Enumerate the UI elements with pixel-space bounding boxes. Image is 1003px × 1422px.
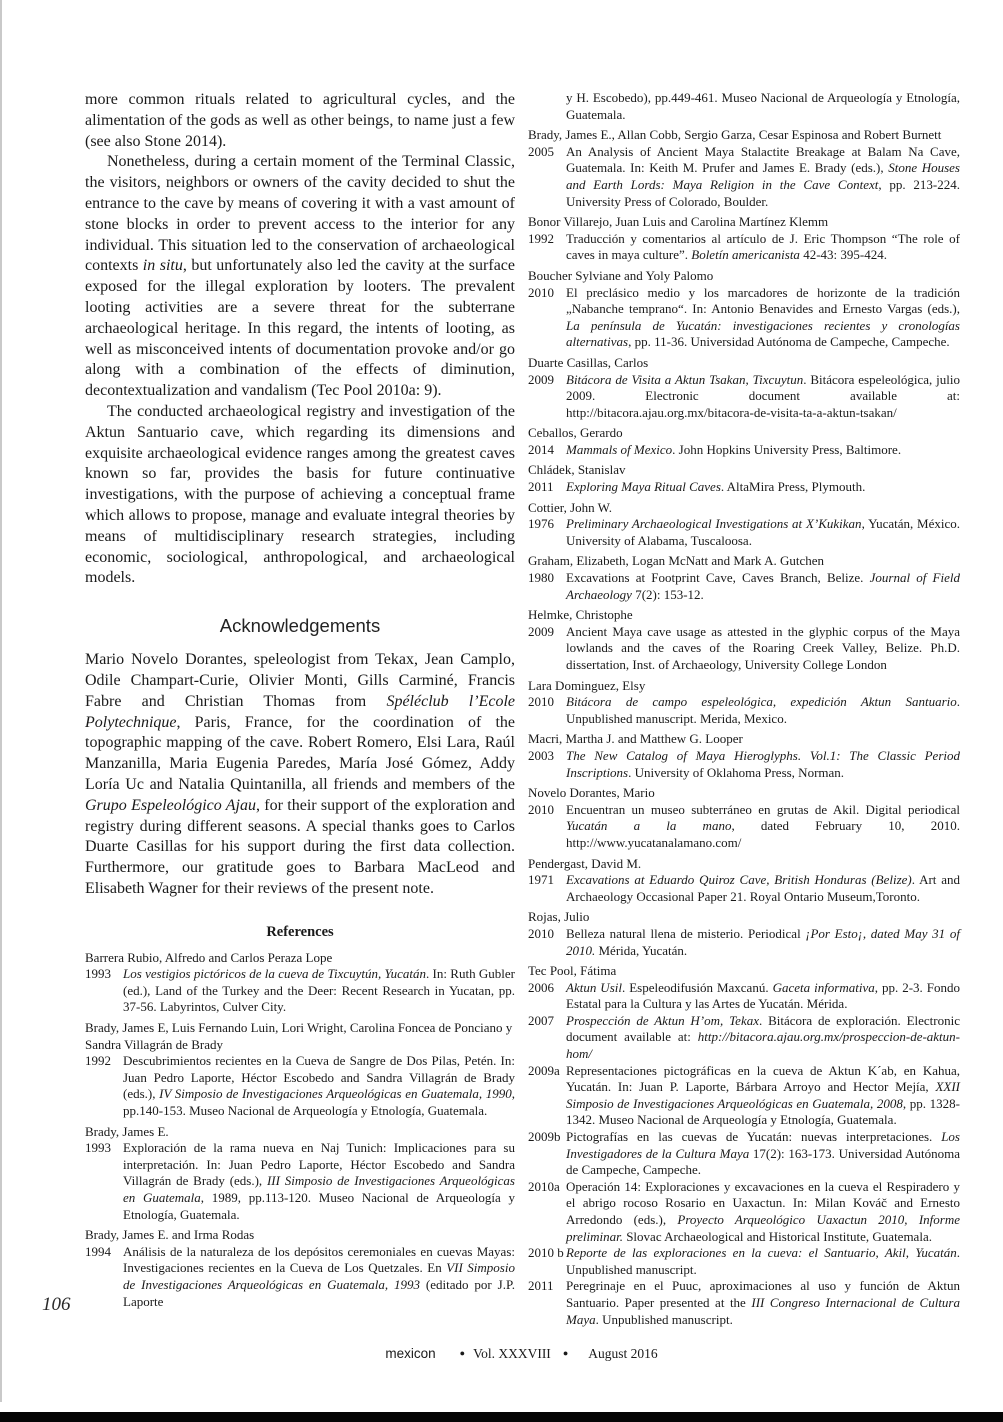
reference-entry: Ceballos, Gerardo2014Mammals of Mexico. … — [528, 425, 960, 458]
reference-author: Lara Dominguez, Elsy — [528, 678, 960, 695]
reference-author: Ceballos, Gerardo — [528, 425, 960, 442]
italic-text: Yucatán a la mano — [566, 818, 731, 833]
references-list-right: y H. Escobedo), pp.449-461. Museo Nacion… — [528, 90, 960, 1328]
reference-author: Cottier, John W. — [528, 500, 960, 517]
reference-author: Barrera Rubio, Alfredo and Carlos Peraza… — [85, 950, 515, 967]
paragraph: more common rituals related to agricultu… — [85, 90, 515, 152]
reference-year-label: 2010a — [528, 1179, 560, 1196]
reference-year-label: 1980 — [528, 570, 554, 587]
text-run: . John Hopkins University Press, Baltimo… — [672, 442, 901, 457]
reference-author: Brady, James E, Luis Fernando Luin, Lori… — [85, 1020, 515, 1053]
reference-year-label: 2011 — [528, 479, 554, 496]
reference-item: 2010aOperación 14: Exploraciones y excav… — [528, 1179, 960, 1245]
text-run: . AltaMira Press, Plymouth. — [721, 479, 865, 494]
text-run: Mérida, Yucatán. — [595, 943, 687, 958]
reference-text: Prospección de Aktun H’om, Tekax. Bitáco… — [566, 1013, 960, 1061]
reference-text: Bitácora de campo espeleológica, expedic… — [566, 694, 960, 726]
reference-item: 2011Peregrinaje en el Puuc, aproximacion… — [528, 1278, 960, 1328]
reference-author: Chládek, Stanislav — [528, 462, 960, 479]
reference-item: 2011Exploring Maya Ritual Caves. AltaMir… — [528, 479, 960, 496]
italic-text: Prospección de Aktun H’om, Tekax — [566, 1013, 759, 1028]
reference-item: 1976Preliminary Archaeological Investiga… — [528, 516, 960, 549]
reference-item: 2010Bitácora de campo espeleológica, exp… — [528, 694, 960, 727]
reference-text: Excavations at Footprint Cave, Caves Bra… — [566, 570, 960, 602]
italic-text: IV Simposio de Investigaciones Arqueológ… — [159, 1086, 512, 1101]
reference-entry: Tec Pool, Fátima2006Aktun Usil. Espeleod… — [528, 963, 960, 1328]
reference-text: Los vestigios pictóricos de la cueva de … — [123, 966, 515, 1014]
text-run: The conducted archaeological registry an… — [85, 403, 515, 586]
page-footer: mexicon●Vol. XXXVIII●August 2016 — [0, 1346, 1003, 1362]
reference-entry: Rojas, Julio2010Belleza natural llena de… — [528, 909, 960, 959]
italic-text: Preliminary Archaeological Investigation… — [566, 516, 862, 531]
reference-entry: Brady, James E., Allan Cobb, Sergio Garz… — [528, 127, 960, 210]
reference-item: 2009Bitácora de Visita a Aktun Tsakan, T… — [528, 372, 960, 422]
reference-year-label: 2005 — [528, 144, 554, 161]
reference-author: Boucher Sylviane and Yoly Palomo — [528, 268, 960, 285]
reference-year-label: 1976 — [528, 516, 554, 533]
reference-entry: Novelo Dorantes, Mario2010Encuentran un … — [528, 785, 960, 851]
reference-entry: y H. Escobedo), pp.449-461. Museo Nacion… — [528, 90, 960, 123]
journal-name: mexicon — [385, 1346, 435, 1361]
body-paragraphs: more common rituals related to agricultu… — [85, 90, 515, 589]
journal-page: more common rituals related to agricultu… — [0, 0, 1003, 1422]
text-run: more common rituals related to agricultu… — [85, 91, 515, 150]
text-run: Slovac Archaeological and Historical Ins… — [623, 1229, 932, 1244]
reference-item: 2009aRepresentaciones pictográficas en l… — [528, 1063, 960, 1129]
reference-text: Operación 14: Exploraciones y excavacion… — [566, 1179, 960, 1244]
issue-date: August 2016 — [588, 1346, 657, 1361]
italic-text: Reporte de las exploraciones en la cueva… — [566, 1245, 957, 1260]
reference-entry: Helmke, Christophe2009Ancient Maya cave … — [528, 607, 960, 673]
acknowledgements-paragraph: Mario Novelo Dorantes, speleologist from… — [85, 650, 515, 900]
reference-item: 1992Descubrimientos recientes en la Cuev… — [85, 1053, 515, 1119]
reference-year-label: 2007 — [528, 1013, 554, 1030]
volume-label: Vol. XXXVIII — [473, 1346, 551, 1361]
reference-entry: Lara Dominguez, Elsy2010Bitácora de camp… — [528, 678, 960, 728]
italic-text: Boletín americanista — [691, 247, 800, 262]
text-run: Excavations at Footprint Cave, Caves Bra… — [566, 570, 870, 585]
reference-text: y H. Escobedo), pp.449-461. Museo Nacion… — [566, 90, 960, 122]
footer-bullet-icon: ● — [563, 1348, 568, 1358]
reference-text: Encuentran un museo subterráneo en gruta… — [566, 802, 960, 850]
italic-text: Excavations at Eduardo Quiroz Cave, Brit… — [566, 872, 912, 887]
reference-year-label: 2014 — [528, 442, 554, 459]
reference-text: Análisis de la naturaleza de los depósit… — [123, 1244, 515, 1309]
reference-text: Belleza natural llena de misterio. Perio… — [566, 926, 960, 958]
text-run: , but unfortunately also led the cavity … — [85, 257, 515, 399]
reference-author: Brady, James E. and Irma Rodas — [85, 1227, 515, 1244]
reference-entry: Barrera Rubio, Alfredo and Carlos Peraza… — [85, 950, 515, 1016]
text-run: . University of Oklahoma Press, Norman. — [628, 765, 844, 780]
reference-item: 2009bPictografías en las cuevas de Yucat… — [528, 1129, 960, 1179]
text-run: El preclásico medio y los marcadores de … — [566, 285, 960, 317]
reference-item: 2010Encuentran un museo subterráneo en g… — [528, 802, 960, 852]
reference-text: The New Catalog of Maya Hieroglyphs. Vol… — [566, 748, 960, 780]
reference-text: Descubrimientos recientes en la Cueva de… — [123, 1053, 515, 1118]
reference-item: y H. Escobedo), pp.449-461. Museo Nacion… — [528, 90, 960, 123]
text-run: . Unpublished manuscript. — [596, 1312, 733, 1327]
reference-item: 2010El preclásico medio y los marcadores… — [528, 285, 960, 351]
paragraph: The conducted archaeological registry an… — [85, 402, 515, 589]
italic-text: Aktun Usil — [566, 980, 622, 995]
reference-year-label: 1994 — [85, 1244, 111, 1261]
reference-year-label: 1993 — [85, 966, 111, 983]
footer-bullet-icon: ● — [460, 1348, 465, 1358]
reference-entry: Brady, James E, Luis Fernando Luin, Lori… — [85, 1020, 515, 1120]
reference-item: 2009Ancient Maya cave usage as attested … — [528, 624, 960, 674]
reference-entry: Chládek, Stanislav2011Exploring Maya Rit… — [528, 462, 960, 495]
reference-author: Pendergast, David M. — [528, 856, 960, 873]
reference-text: An Analysis of Ancient Maya Stalactite B… — [566, 144, 960, 209]
references-heading: References — [85, 924, 515, 941]
reference-text: Pictografías en las cuevas de Yucatán: n… — [566, 1129, 960, 1177]
reference-text: Aktun Usil. Espeleodifusión Maxcanú. Gac… — [566, 980, 960, 1012]
reference-text: Preliminary Archaeological Investigation… — [566, 516, 960, 548]
italic-text: Bitácora de Visita a Aktun Tsakan, Tixcu… — [566, 372, 803, 387]
italic-text: Mammals of Mexico — [566, 442, 672, 457]
text-run: Ancient Maya cave usage as attested in t… — [566, 624, 960, 672]
right-column: y H. Escobedo), pp.449-461. Museo Nacion… — [528, 90, 960, 1332]
reference-item: 1993Los vestigios pictóricos de la cueva… — [85, 966, 515, 1016]
reference-text: El preclásico medio y los marcadores de … — [566, 285, 960, 350]
reference-year-label: 2010 b — [528, 1245, 564, 1262]
text-run: Encuentran un museo subterráneo en gruta… — [566, 802, 960, 817]
reference-author: Duarte Casillas, Carlos — [528, 355, 960, 372]
reference-year-label: 2010 — [528, 285, 554, 302]
acknowledgements-heading: Acknowledgements — [85, 615, 515, 637]
text-run: Representaciones pictográficas en la cue… — [566, 1063, 960, 1095]
reference-year-label: 2010 — [528, 802, 554, 819]
reference-year-label: 2011 — [528, 1278, 554, 1295]
reference-item: 1994Análisis de la naturaleza de los dep… — [85, 1244, 515, 1310]
reference-author: Tec Pool, Fátima — [528, 963, 960, 980]
reference-year-label: 1993 — [85, 1140, 111, 1157]
reference-author: Novelo Dorantes, Mario — [528, 785, 960, 802]
text-run: , pp. 11-36. Universidad Autónoma de Cam… — [628, 334, 950, 349]
paragraph: Nonetheless, during a certain moment of … — [85, 152, 515, 402]
text-run: 42-43: 395-424. — [800, 247, 887, 262]
italic-text: Grupo Espeleológico Ajau — [85, 797, 256, 814]
page-number: 106 — [42, 1294, 71, 1316]
text-run: y H. Escobedo), pp.449-461. Museo Nacion… — [566, 90, 960, 122]
text-run: Pictografías en las cuevas de Yucatán: n… — [566, 1129, 941, 1144]
text-run: Belleza natural llena de misterio. Perio… — [566, 926, 805, 941]
reference-author: Brady, James E., Allan Cobb, Sergio Garz… — [528, 127, 960, 144]
reference-entry: Brady, James E. and Irma Rodas1994Anális… — [85, 1227, 515, 1310]
reference-item: 1971Excavations at Eduardo Quiroz Cave, … — [528, 872, 960, 905]
reference-item: 1992Traducción y comentarios al artículo… — [528, 231, 960, 264]
reference-text: Exploring Maya Ritual Caves. AltaMira Pr… — [566, 479, 865, 494]
text-run: . Espeleodifusión Maxcanú. — [622, 980, 773, 995]
reference-item: 1980Excavations at Footprint Cave, Caves… — [528, 570, 960, 603]
reference-year-label: 2010 — [528, 926, 554, 943]
reference-author: Helmke, Christophe — [528, 607, 960, 624]
reference-entry: Boucher Sylviane and Yoly Palomo2010El p… — [528, 268, 960, 351]
reference-entry: Bonor Villarejo, Juan Luis and Carolina … — [528, 214, 960, 264]
reference-year-label: 2006 — [528, 980, 554, 997]
reference-entry: Pendergast, David M.1971Excavations at E… — [528, 856, 960, 906]
reference-entry: Macri, Martha J. and Matthew G. Looper20… — [528, 731, 960, 781]
reference-year-label: 1971 — [528, 872, 554, 889]
italic-text: Exploring Maya Ritual Caves — [566, 479, 721, 494]
reference-item: 2003The New Catalog of Maya Hieroglyphs.… — [528, 748, 960, 781]
reference-year-label: 2010 — [528, 694, 554, 711]
bottom-edge-bar — [0, 1412, 1003, 1422]
reference-item: 2010 bReporte de las exploraciones en la… — [528, 1245, 960, 1278]
reference-text: Mammals of Mexico. John Hopkins Universi… — [566, 442, 901, 457]
reference-text: Traducción y comentarios al artículo de … — [566, 231, 960, 263]
reference-text: Exploración de la rama nueva en Naj Tuni… — [123, 1140, 515, 1221]
reference-author: Bonor Villarejo, Juan Luis and Carolina … — [528, 214, 960, 231]
reference-year-label: 1992 — [85, 1053, 111, 1070]
reference-text: Ancient Maya cave usage as attested in t… — [566, 624, 960, 672]
reference-entry: Graham, Elizabeth, Logan McNatt and Mark… — [528, 553, 960, 603]
reference-year-label: 1992 — [528, 231, 554, 248]
reference-entry: Cottier, John W.1976Preliminary Archaeol… — [528, 500, 960, 550]
reference-author: Graham, Elizabeth, Logan McNatt and Mark… — [528, 553, 960, 570]
reference-entry: Brady, James E.1993Exploración de la ram… — [85, 1124, 515, 1224]
italic-text: in situ — [143, 257, 183, 274]
reference-year-label: 2009 — [528, 624, 554, 641]
reference-item: 2006Aktun Usil. Espeleodifusión Maxcanú.… — [528, 980, 960, 1013]
reference-text: Bitácora de Visita a Aktun Tsakan, Tixcu… — [566, 372, 960, 420]
references-list-left: Barrera Rubio, Alfredo and Carlos Peraza… — [85, 950, 515, 1310]
italic-text: Gaceta informativa — [773, 980, 875, 995]
reference-year-label: 2009b — [528, 1129, 561, 1146]
reference-year-label: 2009a — [528, 1063, 560, 1080]
reference-item: 1993Exploración de la rama nueva en Naj … — [85, 1140, 515, 1223]
italic-text: Los vestigios pictóricos de la cueva de … — [123, 966, 426, 981]
left-column: more common rituals related to agricultu… — [85, 90, 515, 1332]
two-column-layout: more common rituals related to agricultu… — [0, 0, 1003, 1332]
reference-text: Reporte de las exploraciones en la cueva… — [566, 1245, 960, 1277]
italic-text: Bitácora de campo espeleológica, expedic… — [566, 694, 957, 709]
reference-item: 2014Mammals of Mexico. John Hopkins Univ… — [528, 442, 960, 459]
reference-item: 2007Prospección de Aktun H’om, Tekax. Bi… — [528, 1013, 960, 1063]
reference-item: 2010Belleza natural llena de misterio. P… — [528, 926, 960, 959]
reference-author: Brady, James E. — [85, 1124, 515, 1141]
text-run: 7(2): 153-12. — [632, 587, 704, 602]
reference-item: 2005An Analysis of Ancient Maya Stalacti… — [528, 144, 960, 210]
reference-entry: Duarte Casillas, Carlos2009Bitácora de V… — [528, 355, 960, 421]
reference-text: Peregrinaje en el Puuc, aproximaciones a… — [566, 1278, 960, 1326]
page-left-edge-line — [0, 0, 2, 1402]
reference-text: Excavations at Eduardo Quiroz Cave, Brit… — [566, 872, 960, 904]
reference-year-label: 2003 — [528, 748, 554, 765]
reference-year-label: 2009 — [528, 372, 554, 389]
reference-text: Representaciones pictográficas en la cue… — [566, 1063, 960, 1128]
reference-author: Macri, Martha J. and Matthew G. Looper — [528, 731, 960, 748]
reference-author: Rojas, Julio — [528, 909, 960, 926]
